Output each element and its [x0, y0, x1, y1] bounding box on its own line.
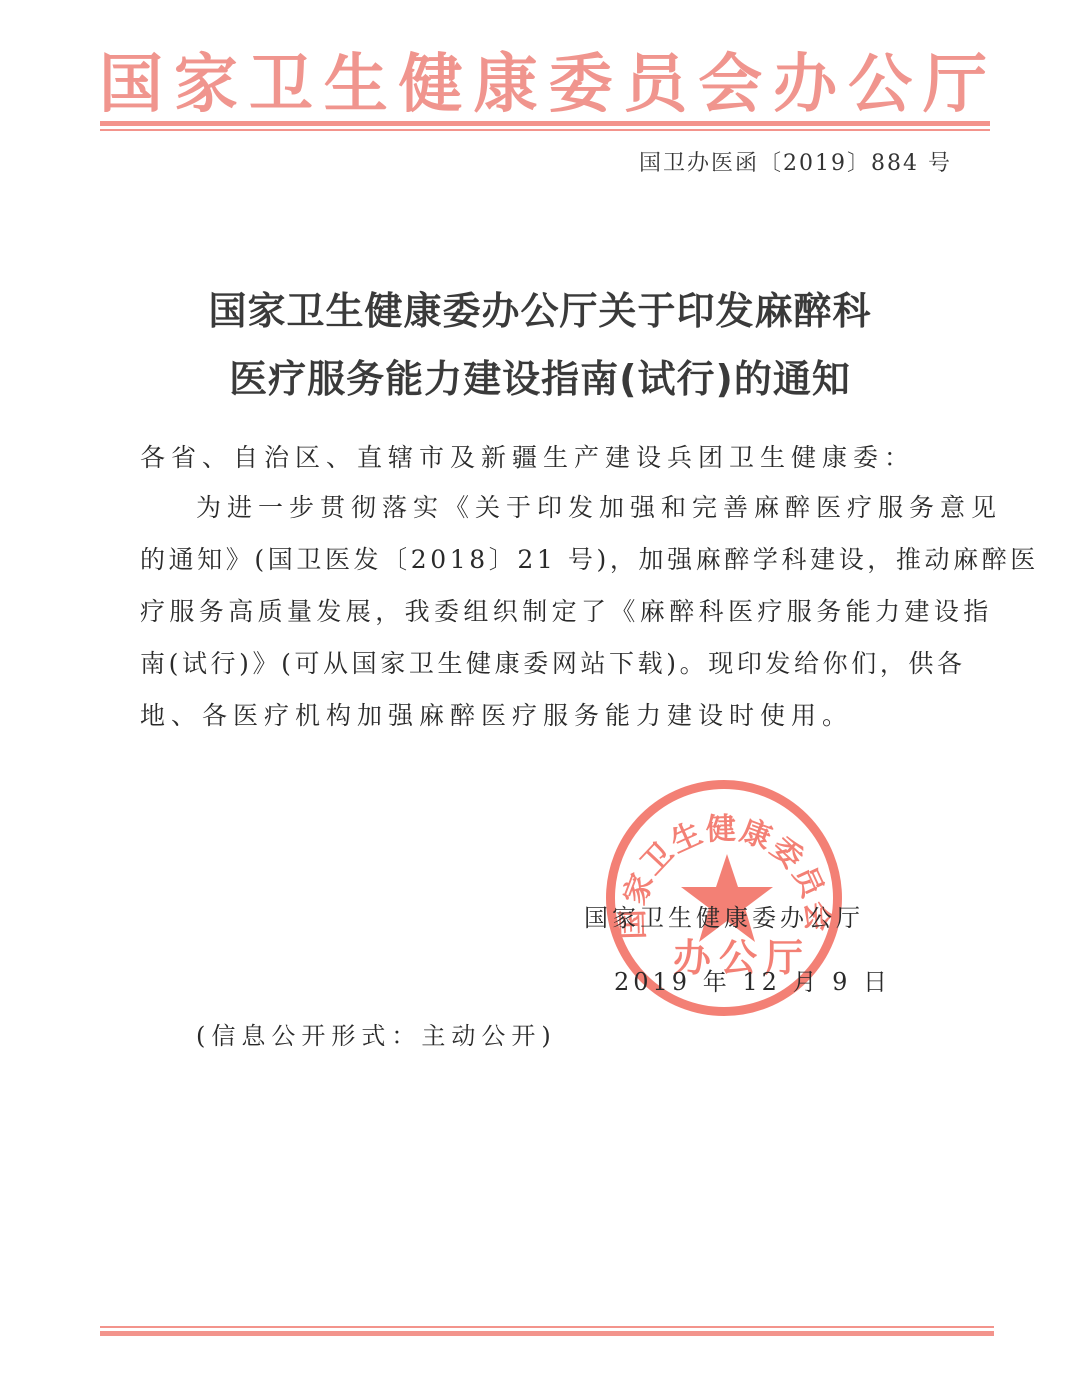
- body-line: 为进一步贯彻落实《关于印发加强和完善麻醉医疗服务意见: [196, 488, 1002, 524]
- letterhead-char: 办: [770, 33, 840, 125]
- body-line: 疗服务高质量发展，我委组织制定了《麻醉科医疗服务能力建设指: [140, 592, 993, 628]
- header-rule-thin: [100, 129, 990, 131]
- letterhead-char: 健: [396, 33, 466, 125]
- letterhead-char: 生: [321, 33, 391, 125]
- body-line: 地、各医疗机构加强麻醉医疗服务能力建设时使用。: [140, 696, 853, 732]
- header-rule-thick: [100, 121, 990, 126]
- salutation: 各省、自治区、直辖市及新疆生产建设兵团卫生健康委：: [140, 438, 915, 474]
- letterhead-char: 员: [620, 33, 690, 125]
- letterhead-char: 厅: [920, 33, 990, 125]
- footer-rule-thick: [100, 1331, 994, 1336]
- letterhead-char: 公: [845, 33, 915, 125]
- document-number: 国卫办医函〔2019〕884 号: [639, 146, 952, 177]
- issuer-name: 国家卫生健康委办公厅: [584, 898, 864, 933]
- disclosure-note: (信息公开形式：主动公开): [196, 1016, 557, 1051]
- letterhead: 国 家 卫 生 健 康 委 员 会 办 公 厅: [96, 40, 990, 118]
- document-title-line2: 医疗服务能力建设指南(试行)的通知: [0, 348, 1080, 403]
- letterhead-char: 家: [171, 33, 241, 125]
- document-title-line1: 国家卫生健康委办公厅关于印发麻醉科: [0, 280, 1080, 335]
- letterhead-char: 会: [695, 33, 765, 125]
- letterhead-char: 卫: [246, 33, 316, 125]
- letterhead-char: 国: [96, 33, 166, 125]
- footer-rule-thin: [100, 1326, 994, 1328]
- letterhead-char: 康: [471, 33, 541, 125]
- body-line: 南(试行)》(可从国家卫生健康委网站下载)。现印发给你们，供各: [140, 644, 966, 680]
- letterhead-char: 委: [545, 33, 615, 125]
- body-line: 的通知》(国卫医发〔2018〕21 号)，加强麻醉学科建设，推动麻醉医: [140, 540, 1039, 576]
- issue-date: 2019 年 12 月 9 日: [614, 962, 891, 997]
